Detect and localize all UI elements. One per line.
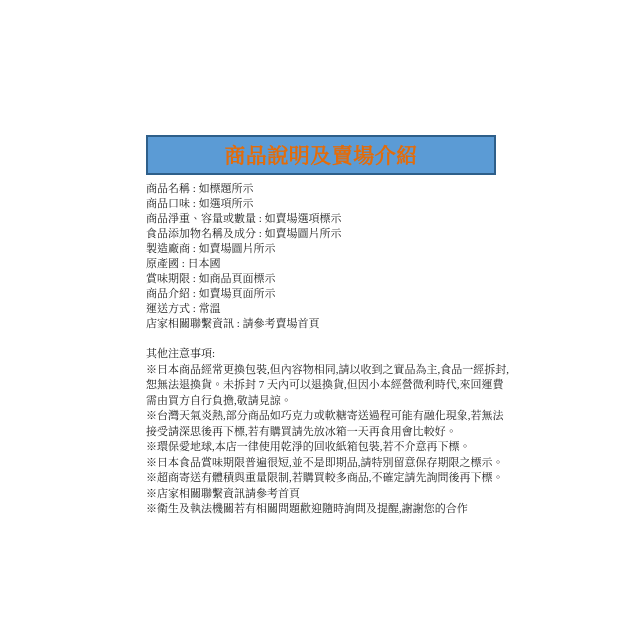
info-label: 製造廠商 (146, 243, 190, 255)
info-value: 如標題所示 (199, 183, 254, 195)
info-label: 商品口味 (146, 198, 190, 210)
info-label: 店家相關聯繫資訊 (146, 318, 234, 330)
info-label: 賞味期限 (146, 273, 190, 285)
info-separator: : (190, 288, 199, 300)
info-row-flavor: 商品口味 : 如選項所示 (146, 197, 514, 212)
note-item-convenience-store-limits: ※超商寄送有體積與重量限制,若購買較多商品,不確定請先詢問後再下標。 (146, 471, 514, 487)
info-value: 如賣場選項標示 (265, 213, 342, 225)
info-row-store-contact: 店家相關聯繫資訊 : 請參考賣場首頁 (146, 317, 514, 332)
info-label: 商品介紹 (146, 288, 190, 300)
info-label: 運送方式 (146, 303, 190, 315)
info-separator: : (190, 198, 199, 210)
info-value: 如選項所示 (199, 198, 254, 210)
info-row-country-of-origin: 原產國 : 日本國 (146, 257, 514, 272)
note-item-melting-warning: ※台灣天氣炎熱,部分商品如巧克力或軟糖寄送過程可能有融化現象,若無法接受請深思後… (146, 409, 514, 440)
info-value: 如賣場頁面所示 (199, 288, 276, 300)
info-value: 如賣場圖片所示 (265, 228, 342, 240)
note-item-recycled-packaging: ※環保愛地球,本店一律使用乾淨的回收紙箱包裝,若不介意再下標。 (146, 440, 514, 456)
info-separator: : (190, 303, 199, 315)
note-item-packaging-returns: ※日本商品經常更換包裝,但內容物相同,請以收到之實品為主,食品一經拆封,恕無法退… (146, 363, 514, 410)
info-row-product-name: 商品名稱 : 如標題所示 (146, 182, 514, 197)
note-item-short-shelf-life: ※日本食品賞味期限普遍很短,並不是即期品,請特別留意保存期限之標示。 (146, 456, 514, 472)
info-value: 如賣場圖片所示 (199, 243, 276, 255)
info-separator: : (234, 318, 243, 330)
info-row-additives: 食品添加物名稱及成分 : 如賣場圖片所示 (146, 227, 514, 242)
info-row-best-before: 賞味期限 : 如商品頁面標示 (146, 272, 514, 287)
info-separator: : (190, 273, 199, 285)
info-value: 日本國 (188, 258, 221, 270)
note-item-authorities-cooperation: ※衛生及執法機關若有相關問題歡迎隨時詢問及提醒,謝謝您的合作 (146, 502, 514, 518)
info-separator: : (190, 183, 199, 195)
info-row-net-weight: 商品淨重、容量或數量 : 如賣場選項標示 (146, 212, 514, 227)
info-row-manufacturer: 製造廠商 : 如賣場圖片所示 (146, 242, 514, 257)
info-value: 如商品頁面標示 (199, 273, 276, 285)
info-separator: : (256, 213, 265, 225)
info-label: 原產國 (146, 258, 179, 270)
header-banner: 商品說明及賣場介紹 (146, 135, 496, 175)
info-separator: : (256, 228, 265, 240)
content-area: 商品說明及賣場介紹 商品名稱 : 如標題所示 商品口味 : 如選項所示 商品淨重… (146, 135, 514, 518)
info-value: 常溫 (199, 303, 221, 315)
info-separator: : (179, 258, 188, 270)
info-row-shipping-method: 運送方式 : 常溫 (146, 302, 514, 317)
note-item-contact-homepage: ※店家相關聯繫資訊請參考首頁 (146, 487, 514, 503)
page-title: 商品說明及賣場介紹 (224, 140, 418, 170)
info-label: 商品名稱 (146, 183, 190, 195)
product-info-list: 商品名稱 : 如標題所示 商品口味 : 如選項所示 商品淨重、容量或數量 : 如… (146, 182, 514, 332)
info-value: 請參考賣場首頁 (243, 318, 320, 330)
info-separator: : (190, 243, 199, 255)
notes-section: 其他注意事項: ※日本商品經常更換包裝,但內容物相同,請以收到之實品為主,食品一… (146, 347, 514, 518)
info-label: 商品淨重、容量或數量 (146, 213, 256, 225)
notes-heading: 其他注意事項: (146, 347, 514, 363)
info-row-introduction: 商品介紹 : 如賣場頁面所示 (146, 287, 514, 302)
product-description-page: 商品說明及賣場介紹 商品名稱 : 如標題所示 商品口味 : 如選項所示 商品淨重… (0, 0, 640, 640)
info-label: 食品添加物名稱及成分 (146, 228, 256, 240)
